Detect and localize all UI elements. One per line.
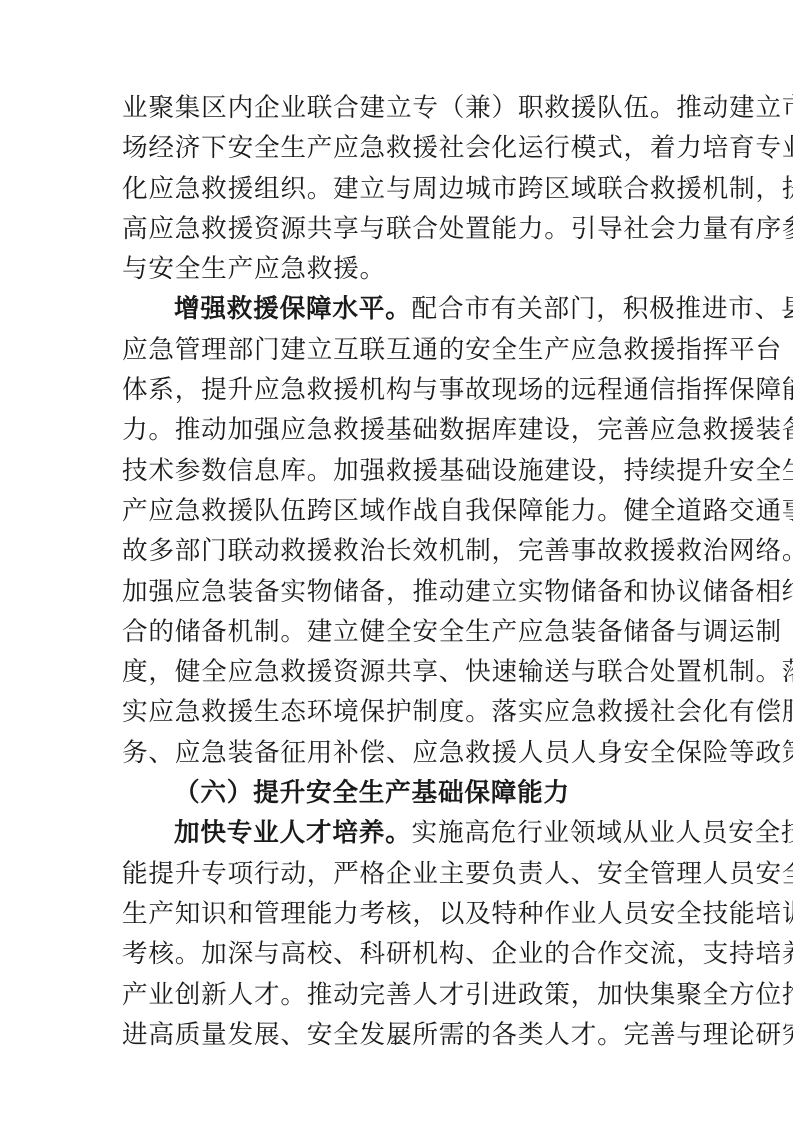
paragraph-start-rescue-support: 增强救援保障水平。配合市有关部门，积极推进市、县: [122, 289, 684, 329]
text-line: 故多部门联动救援救治长效机制，完善事故救援救治网络。: [122, 531, 684, 571]
text-line: 度，健全应急救援资源共享、快速输送与联合处置机制。落: [122, 652, 684, 692]
text-line: 务、应急装备征用补偿、应急救援人员人身安全保险等政策。: [122, 733, 684, 773]
text-line: 合的储备机制。建立健全安全生产应急装备储备与调运制: [122, 612, 684, 652]
paragraph-text: 配合市有关部门，积极推进市、县: [412, 294, 793, 324]
text-line: 技术参数信息库。加强救援基础设施建设，持续提升安全生: [122, 451, 684, 491]
text-line: 产业创新人才。推动完善人才引进政策，加快集聚全方位推: [122, 975, 684, 1015]
text-line: 产应急救援队伍跨区域作战自我保障能力。健全道路交通事: [122, 491, 684, 531]
text-line: 加强应急装备实物储备，推动建立实物储备和协议储备相结: [122, 572, 684, 612]
paragraph-text: 实施高危行业领域从业人员安全技: [412, 818, 793, 848]
text-line: 实应急救援生态环境保护制度。落实应急救援社会化有偿服: [122, 692, 684, 732]
document-page: 业聚集区内企业联合建立专（兼）职救援队伍。推动建立市 场经济下安全生产应急救援社…: [0, 0, 793, 1122]
text-line: 高应急救援资源共享与联合处置能力。引导社会力量有序参: [122, 209, 684, 249]
text-line: 场经济下安全生产应急救援社会化运行模式，着力培育专业: [122, 128, 684, 168]
text-line: 体系，提升应急救援机构与事故现场的远程通信指挥保障能: [122, 370, 684, 410]
text-line: 考核。加深与高校、科研机构、企业的合作交流，支持培养: [122, 934, 684, 974]
text-line: 生产知识和管理能力考核，以及特种作业人员安全技能培训: [122, 894, 684, 934]
paragraph-lead: 增强救援保障水平。: [174, 294, 412, 324]
paragraph-lead: 加快专业人才培养。: [174, 818, 412, 848]
text-line: 化应急救援组织。建立与周边城市跨区域联合救援机制，提: [122, 169, 684, 209]
text-line: 业聚集区内企业联合建立专（兼）职救援队伍。推动建立市: [122, 88, 684, 128]
text-line: 力。推动加强应急救援基础数据库建设，完善应急救援装备: [122, 410, 684, 450]
text-line: 应急管理部门建立互联互通的安全生产应急救援指挥平台: [122, 330, 684, 370]
paragraph-start-talent-training: 加快专业人才培养。实施高危行业领域从业人员安全技: [122, 813, 684, 853]
text-line: 与安全生产应急救援。: [122, 249, 684, 289]
body-text: 业聚集区内企业联合建立专（兼）职救援队伍。推动建立市 场经济下安全生产应急救援社…: [122, 88, 684, 1055]
text-line: 能提升专项行动，严格企业主要负责人、安全管理人员安全: [122, 854, 684, 894]
section-heading: （六）提升安全生产基础保障能力: [122, 773, 684, 813]
page-number: 22: [0, 1035, 793, 1047]
